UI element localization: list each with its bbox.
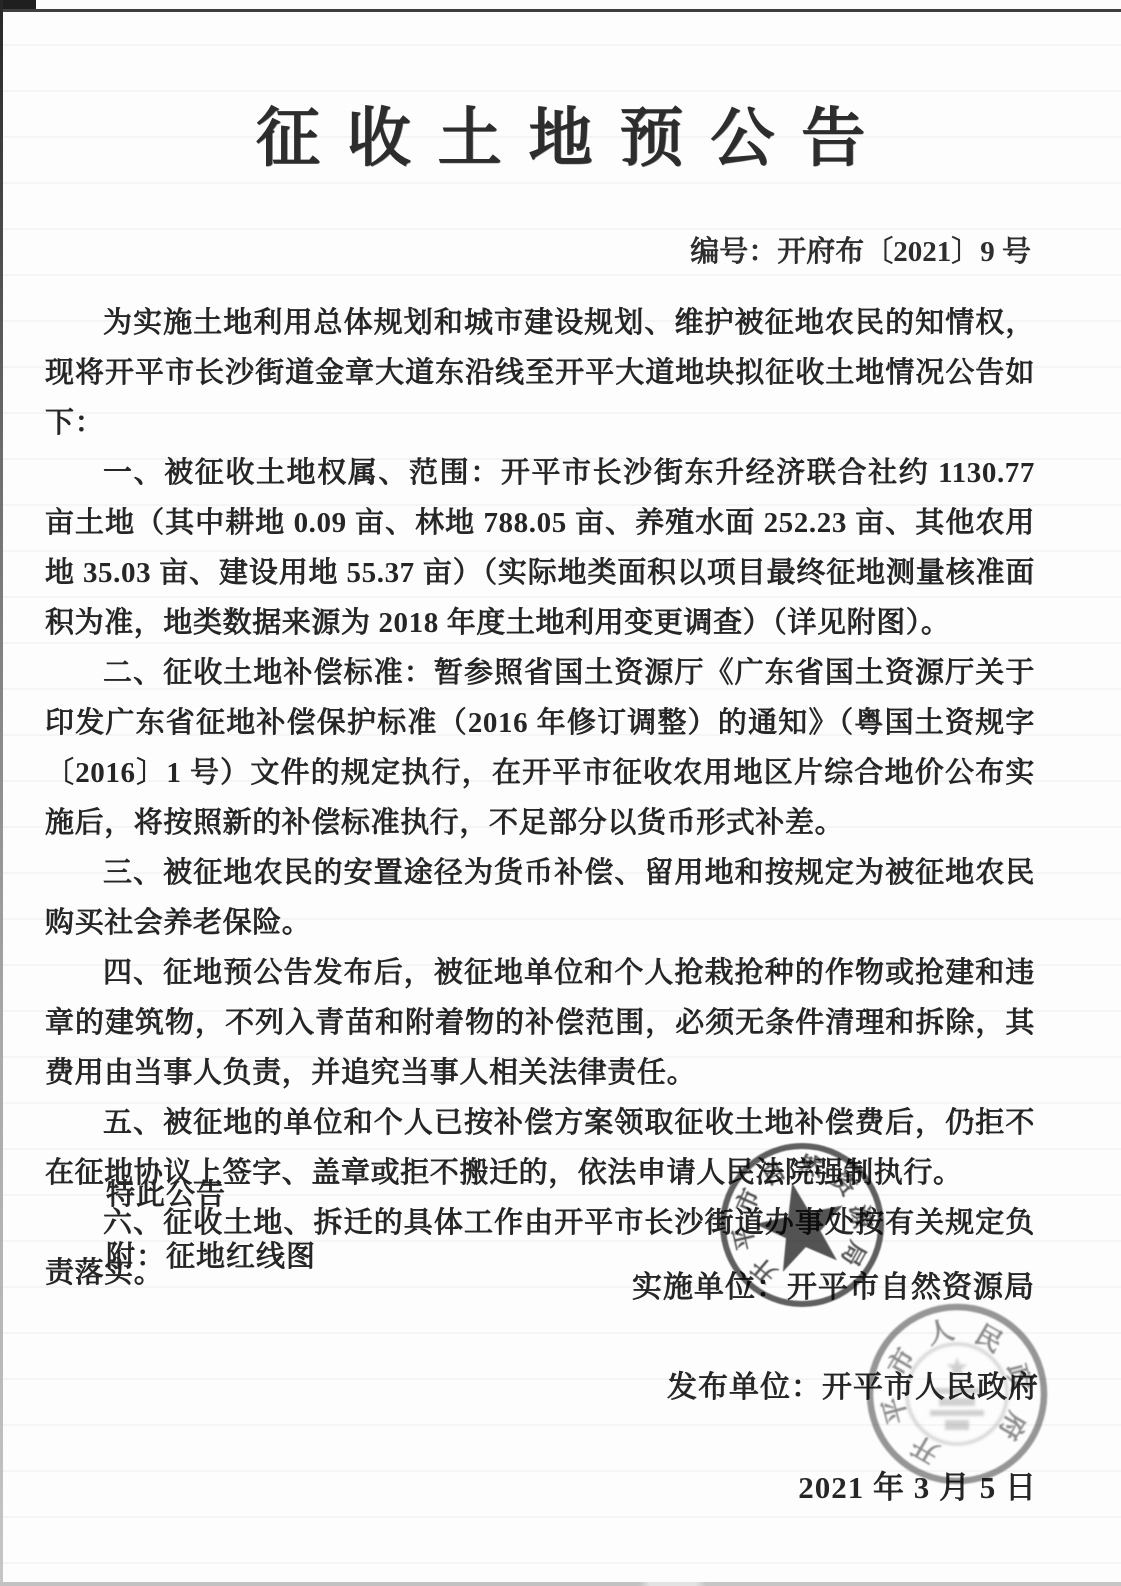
national-emblem-icon xyxy=(907,1344,1007,1444)
closing-notice: 特此公告 xyxy=(106,1172,226,1213)
scanned-announcement-page: 征收土地预公告 编号：开府布〔2021〕9 号 为实施土地利用总体规划和城市建设… xyxy=(0,0,1121,1586)
paragraph-item-3: 三、被征地农民的安置途径为货币补偿、留用地和按规定为被征地农民购买社会养老保险。 xyxy=(45,848,1035,948)
scan-artifact-top-edge xyxy=(0,9,1121,12)
municipal-government-seal: 开平市人民政府 xyxy=(845,1282,1069,1506)
paragraph-intro: 为实施土地利用总体规划和城市建设规划、维护被征地农民的知情权，现将开平市长沙街道… xyxy=(45,298,1035,448)
svg-text:民: 民 xyxy=(970,1319,1008,1358)
svg-text:自: 自 xyxy=(757,1156,791,1191)
doc-number: 编号：开府布〔2021〕9 号 xyxy=(0,232,1121,272)
seal-graphics: 开平市自然资源局 xyxy=(723,1146,881,1304)
svg-text:开: 开 xyxy=(906,1430,944,1469)
svg-text:平: 平 xyxy=(729,1223,761,1252)
closing-attachment: 附：征地红线图 xyxy=(106,1234,316,1275)
svg-text:然: 然 xyxy=(796,1151,825,1182)
svg-text:局: 局 xyxy=(836,1236,871,1270)
paragraph-item-4: 四、征地预公告发布后，被征地单位和个人抢栽抢种的作物或抢建和违章的建筑物，不列入… xyxy=(45,948,1035,1098)
svg-text:市: 市 xyxy=(731,1185,765,1218)
page-title: 征收土地预公告 xyxy=(0,43,1121,189)
svg-text:市: 市 xyxy=(882,1343,921,1381)
paragraph-item-2: 二、征收土地补偿标准：暂参照省国土资源厅《广东省国土资源厅关于印发广东省征地补偿… xyxy=(45,648,1035,848)
paragraph-item-1: 一、被征收土地权属、范围：开平市长沙街东升经济联合社约 1130.77 亩土地（… xyxy=(45,448,1035,648)
scan-artifact-left-edge xyxy=(0,0,3,1586)
svg-text:源: 源 xyxy=(845,1203,875,1232)
seal-graphics: 开平市人民政府 xyxy=(870,1307,1044,1481)
svg-text:府: 府 xyxy=(993,1407,1032,1445)
scan-artifact-bottom-edge xyxy=(0,1582,1121,1586)
